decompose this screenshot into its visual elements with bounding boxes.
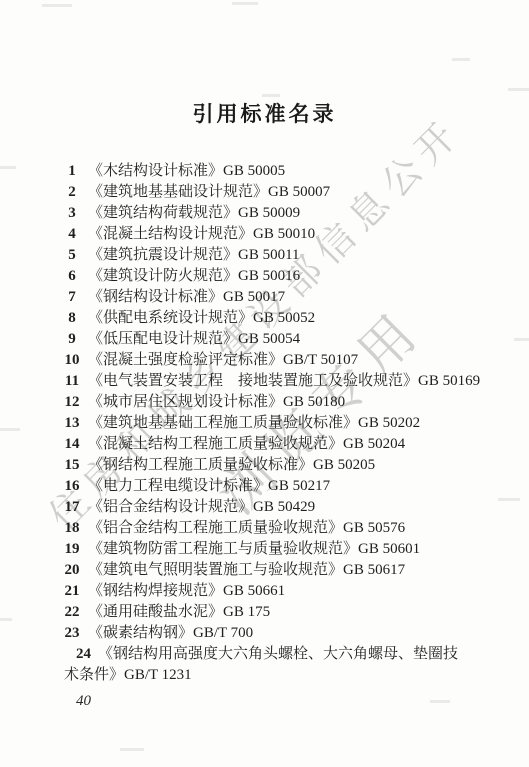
item-text: 《混凝土结构工程施工质量验收规范》GB 50204	[88, 434, 472, 455]
list-item: 24《钢结构用高强度大六角头螺栓、大六角螺母、垫圈技术条件》GB/T 1231	[64, 644, 472, 686]
item-number: 3	[64, 203, 80, 224]
list-item: 19《建筑物防雷工程施工与质量验收规范》GB 50601	[64, 539, 472, 560]
list-item: 11《电气装置安装工程 接地装置施工及验收规范》GB 50169	[64, 371, 472, 392]
document-content: 引用标准名录 1《木结构设计标准》GB 500052《建筑地基基础设计规范》GB…	[0, 0, 529, 710]
item-text: 《建筑地基基础工程施工质量验收标准》GB 50202	[88, 413, 472, 434]
item-text: 《建筑抗震设计规范》GB 50011	[88, 245, 472, 266]
item-number: 5	[64, 245, 80, 266]
item-number: 16	[64, 476, 80, 497]
item-text: 《钢结构设计标准》GB 50017	[88, 287, 472, 308]
list-item: 20《建筑电气照明装置施工与验收规范》GB 50617	[64, 560, 472, 581]
list-item: 1《木结构设计标准》GB 50005	[64, 161, 472, 182]
list-item: 10《混凝土强度检验评定标准》GB/T 50107	[64, 350, 472, 371]
item-text: 《供配电系统设计规范》GB 50052	[88, 308, 472, 329]
document-page: 住房和城乡建设部信息公开 浏览专用 引用标准名录 1《木结构设计标准》GB 50…	[0, 0, 529, 767]
item-text: 《建筑地基基础设计规范》GB 50007	[88, 182, 472, 203]
page-title: 引用标准名录	[0, 0, 529, 128]
item-text: 《铝合金结构工程施工质量验收规范》GB 50576	[88, 518, 472, 539]
item-text: 《低压配电设计规范》GB 50054	[88, 329, 472, 350]
list-item: 13《建筑地基基础工程施工质量验收标准》GB 50202	[64, 413, 472, 434]
list-item: 12《城市居住区规划设计标准》GB 50180	[64, 392, 472, 413]
item-number: 1	[64, 161, 80, 182]
list-item: 22《通用硅酸盐水泥》GB 175	[64, 602, 472, 623]
item-number: 9	[64, 329, 80, 350]
item-text: 《城市居住区规划设计标准》GB 50180	[88, 392, 472, 413]
item-number: 14	[64, 434, 80, 455]
item-text: 《建筑结构荷载规范》GB 50009	[88, 203, 472, 224]
list-item: 21《钢结构焊接规范》GB 50661	[64, 581, 472, 602]
list-item: 2《建筑地基基础设计规范》GB 50007	[64, 182, 472, 203]
item-text: 《电力工程电缆设计标准》GB 50217	[88, 476, 472, 497]
item-text: 《木结构设计标准》GB 50005	[88, 161, 472, 182]
standards-list: 1《木结构设计标准》GB 500052《建筑地基基础设计规范》GB 500073…	[0, 161, 472, 686]
item-number: 11	[64, 371, 80, 392]
item-text: 《铝合金结构设计规范》GB 50429	[88, 497, 472, 518]
list-item: 9《低压配电设计规范》GB 50054	[64, 329, 472, 350]
item-text: 《碳素结构钢》GB/T 700	[88, 623, 472, 644]
list-item: 17《铝合金结构设计规范》GB 50429	[64, 497, 472, 518]
item-text: 《建筑设计防火规范》GB 50016	[88, 266, 472, 287]
list-item: 8《供配电系统设计规范》GB 50052	[64, 308, 472, 329]
item-number: 2	[64, 182, 80, 203]
item-text: 《电气装置安装工程 接地装置施工及验收规范》GB 50169	[88, 371, 480, 392]
item-number: 6	[64, 266, 80, 287]
item-number: 10	[64, 350, 80, 371]
list-item: 18《铝合金结构工程施工质量验收规范》GB 50576	[64, 518, 472, 539]
list-item: 7《钢结构设计标准》GB 50017	[64, 287, 472, 308]
item-number: 8	[64, 308, 80, 329]
item-number: 23	[64, 623, 80, 644]
list-item: 6《建筑设计防火规范》GB 50016	[64, 266, 472, 287]
item-number: 18	[64, 518, 80, 539]
item-text: 《建筑电气照明装置施工与验收规范》GB 50617	[88, 560, 472, 581]
item-number: 13	[64, 413, 80, 434]
item-text: 《混凝土强度检验评定标准》GB/T 50107	[88, 350, 472, 371]
item-number: 21	[64, 581, 80, 602]
item-number: 15	[64, 455, 80, 476]
item-text: 《通用硅酸盐水泥》GB 175	[88, 602, 472, 623]
list-item: 23《碳素结构钢》GB/T 700	[64, 623, 472, 644]
item-number: 17	[64, 497, 80, 518]
list-item: 4《混凝土结构设计规范》GB 50010	[64, 224, 472, 245]
list-item: 3《建筑结构荷载规范》GB 50009	[64, 203, 472, 224]
list-item: 5《建筑抗震设计规范》GB 50011	[64, 245, 472, 266]
item-number: 19	[64, 539, 80, 560]
item-text: 《建筑物防雷工程施工与质量验收规范》GB 50601	[88, 539, 472, 560]
list-item: 14《混凝土结构工程施工质量验收规范》GB 50204	[64, 434, 472, 455]
item-number: 7	[64, 287, 80, 308]
page-number: 40	[0, 693, 529, 710]
item-number: 24	[76, 646, 91, 662]
item-text: 《钢结构焊接规范》GB 50661	[88, 581, 472, 602]
item-number: 20	[64, 560, 80, 581]
item-number: 22	[64, 602, 80, 623]
list-item: 16《电力工程电缆设计标准》GB 50217	[64, 476, 472, 497]
item-text: 《混凝土结构设计规范》GB 50010	[88, 224, 472, 245]
item-text: 《钢结构工程施工质量验收标准》GB 50205	[88, 455, 472, 476]
list-item: 15《钢结构工程施工质量验收标准》GB 50205	[64, 455, 472, 476]
item-text: 《钢结构用高强度大六角头螺栓、大六角螺母、垫圈技术条件》GB/T 1231	[64, 646, 458, 683]
item-number: 12	[64, 392, 80, 413]
item-number: 4	[64, 224, 80, 245]
